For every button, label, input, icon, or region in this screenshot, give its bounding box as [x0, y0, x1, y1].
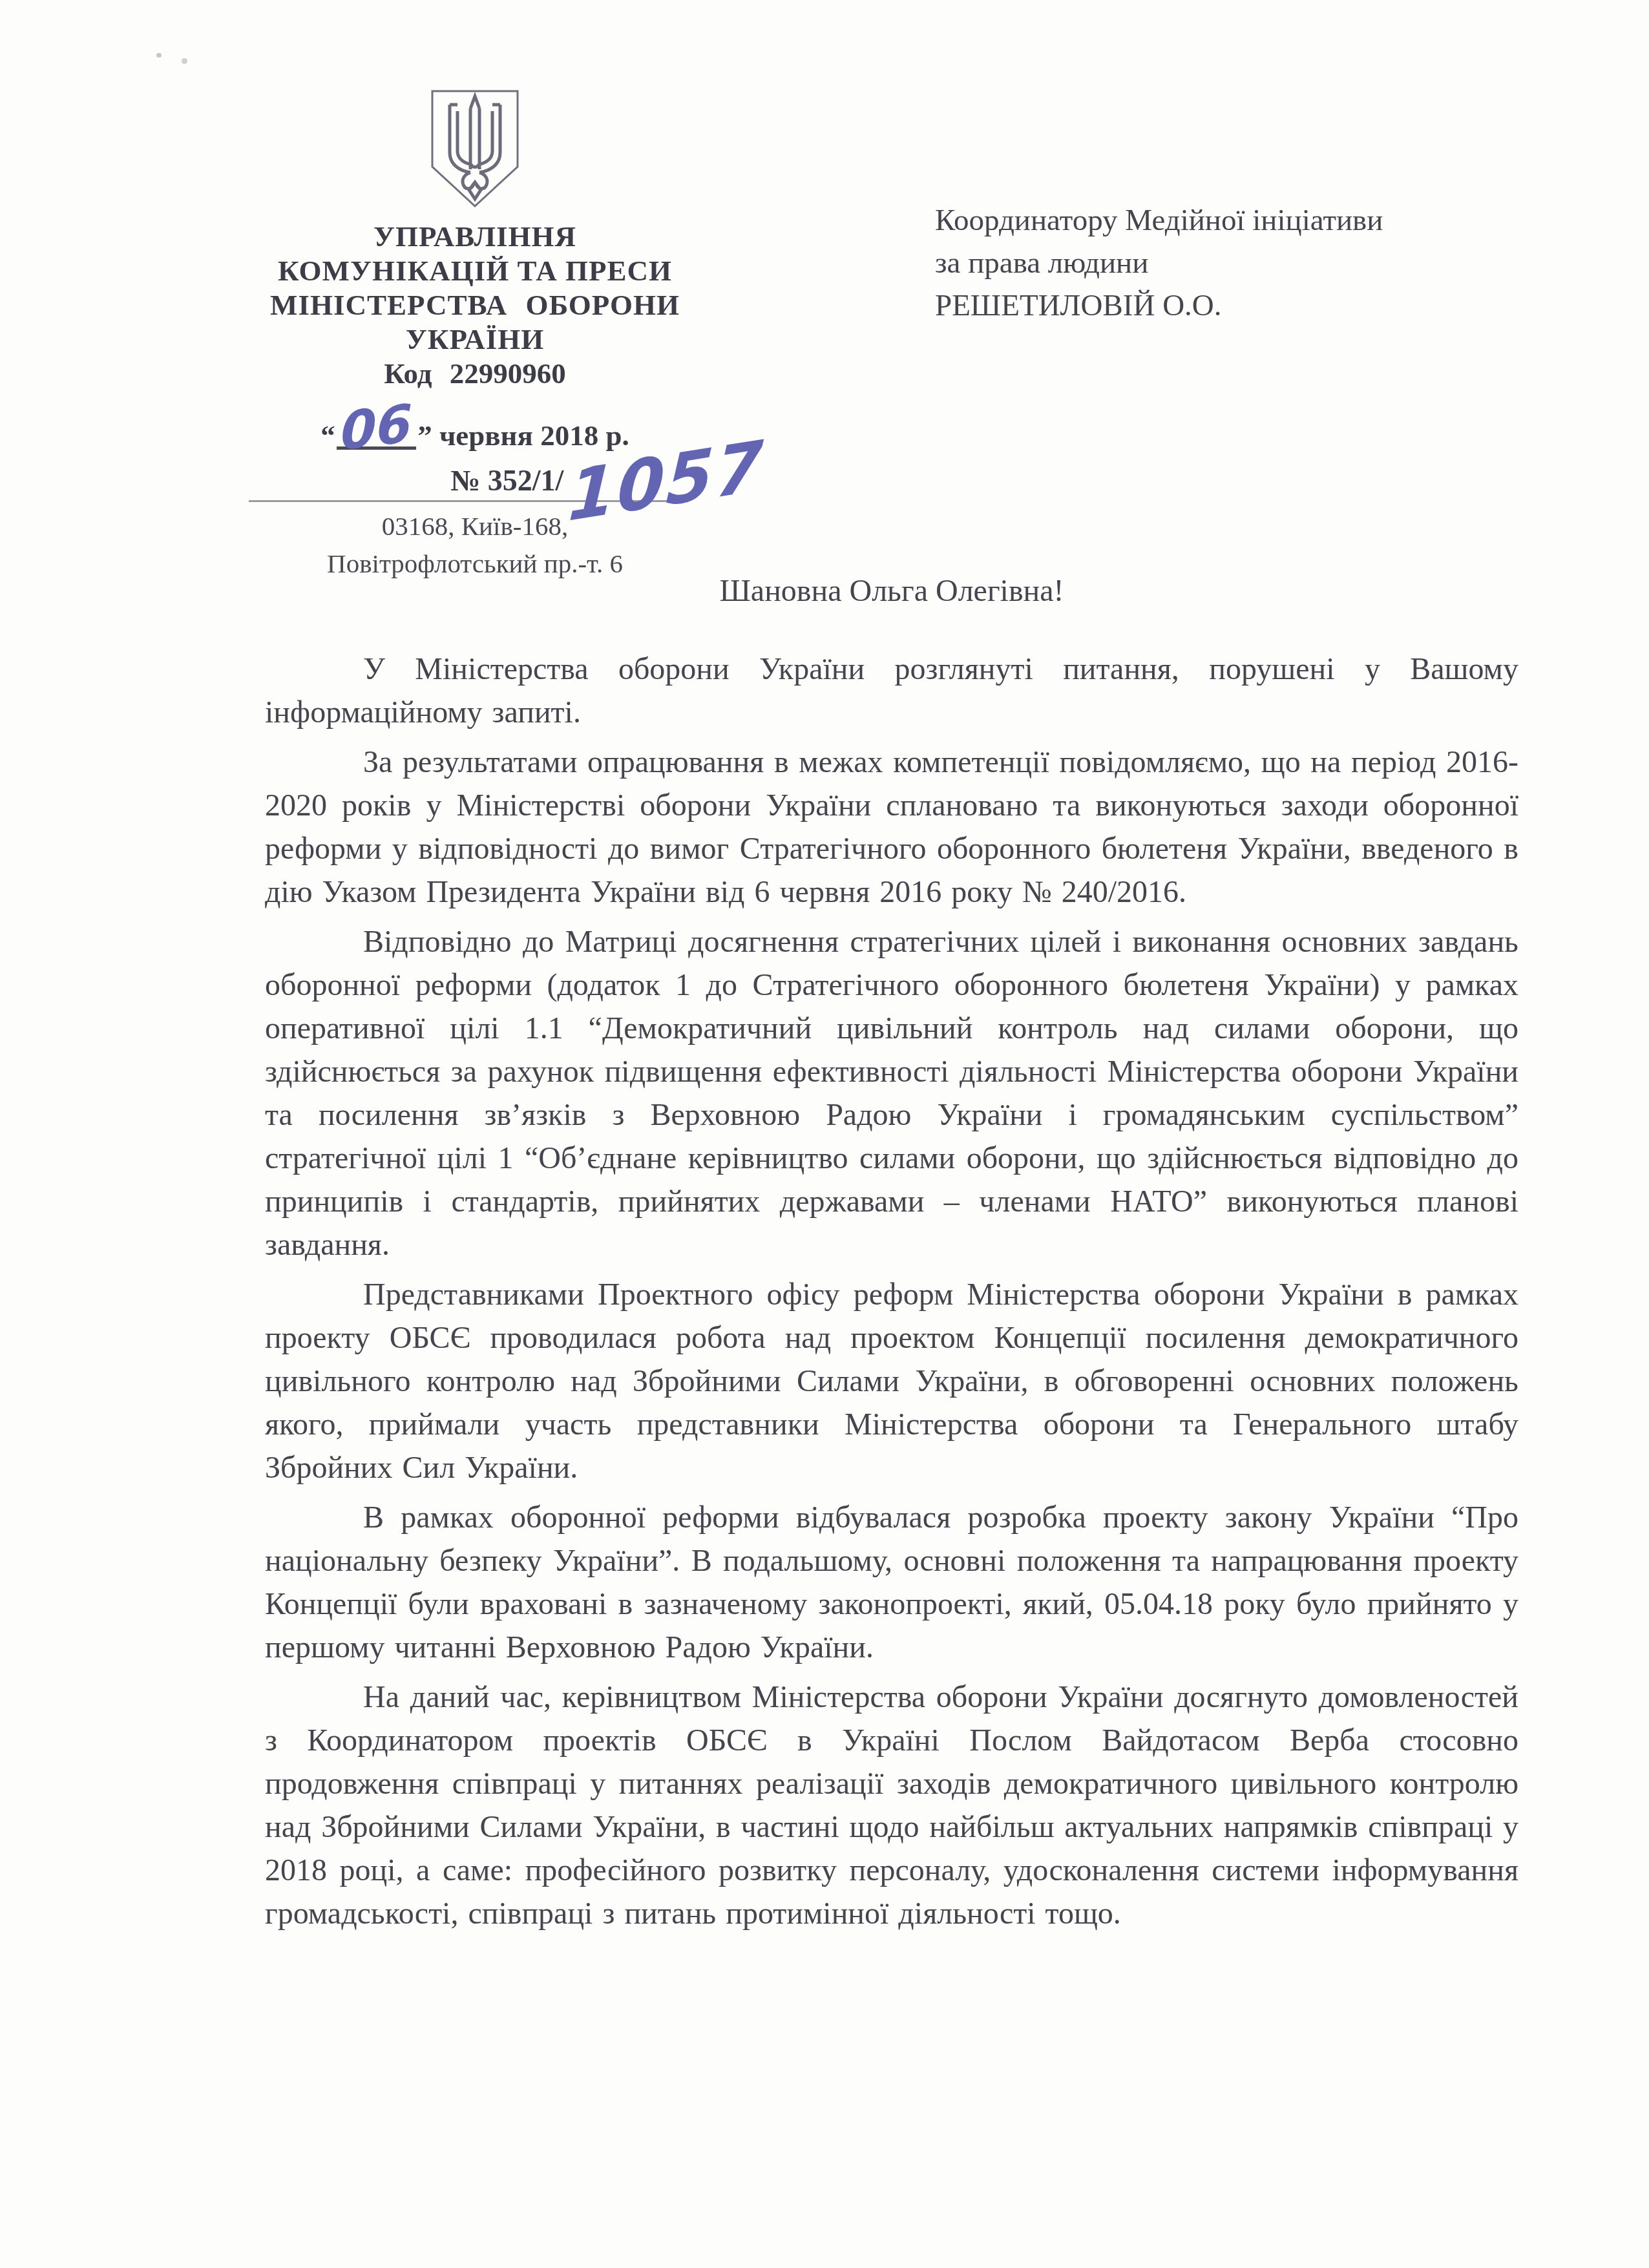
paragraph: На даний час, керівництвом Міністерства …: [265, 1675, 1518, 1935]
letter-body: Шановна Ольга Олегівна! У Міністерства о…: [265, 571, 1518, 1935]
recipient-block: Координатору Медійної ініціативи за прав…: [935, 199, 1383, 327]
org-name-line: МІНІСТЕРСТВА ОБОРОНИ: [249, 288, 701, 322]
letter-number-printed: № 352/1/: [450, 464, 563, 497]
recipient-line: Координатору Медійної ініціативи: [935, 199, 1383, 242]
org-name-line: УПРАВЛІННЯ: [249, 220, 701, 254]
scan-speck: [156, 53, 162, 58]
paragraph: В рамках оборонної реформи відбувалася р…: [265, 1496, 1518, 1669]
handwritten-day: 06: [341, 404, 413, 451]
handwritten-day-underline: 06: [337, 409, 416, 450]
paragraph: За результатами опрацювання в межах комп…: [265, 740, 1518, 914]
scan-speck: [182, 58, 187, 64]
org-name-line: УКРАЇНИ: [249, 322, 701, 357]
ukraine-trident-emblem: [428, 88, 522, 209]
salutation: Шановна Ольга Олегівна!: [265, 571, 1518, 611]
recipient-line: РЕШЕТИЛОВІЙ О.О.: [935, 284, 1383, 327]
paragraph: Представниками Проектного офісу реформ М…: [265, 1273, 1518, 1489]
handwritten-number: 1057: [568, 456, 765, 507]
close-quote: ”: [417, 419, 432, 452]
recipient-line: за права людини: [935, 242, 1383, 284]
letter-number-line: № 352/1/1057: [249, 464, 701, 498]
paragraph: У Міністерства оборони України розглянут…: [265, 647, 1518, 734]
paragraph: Відповідно до Матриці досягнення стратег…: [265, 920, 1518, 1266]
scanned-letter-page: УПРАВЛІННЯ КОМУНІКАЦІЙ ТА ПРЕСИ МІНІСТЕР…: [0, 0, 1649, 2268]
org-name-line: КОМУНІКАЦІЙ ТА ПРЕСИ: [249, 254, 701, 288]
letterhead: УПРАВЛІННЯ КОМУНІКАЦІЙ ТА ПРЕСИ МІНІСТЕР…: [249, 88, 701, 582]
org-code: Код 22990960: [249, 357, 701, 391]
date-rest: червня 2018 р.: [432, 419, 629, 452]
open-quote: “: [320, 419, 335, 452]
